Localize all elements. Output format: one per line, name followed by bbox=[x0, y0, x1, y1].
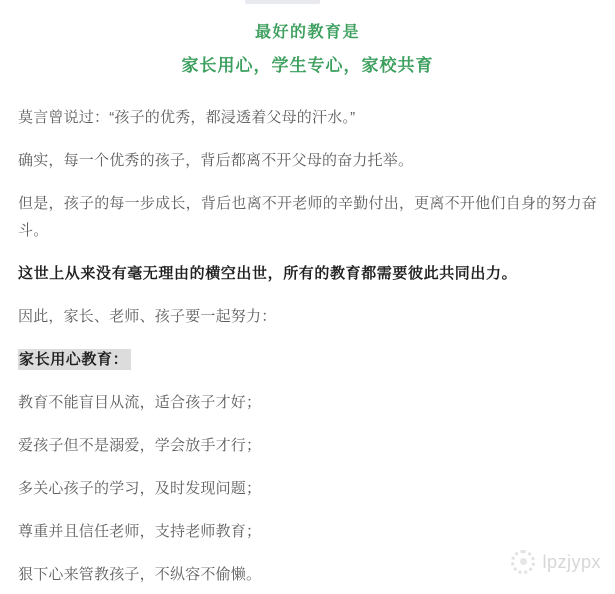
paragraph-text: 狠下心来管教孩子，不纵容不偷懒。 bbox=[18, 566, 261, 583]
article-page: 最好的教育是 家长用心，学生专心，家校共育 莫言曾说过：“孩子的优秀，都浸透着父… bbox=[0, 0, 615, 588]
paragraph: 但是，孩子的每一步成长，背后也离不开老师的辛勤付出，更离不开他们自身的努力奋斗。 bbox=[18, 190, 597, 244]
section-heading: 家长用心教育： bbox=[18, 346, 597, 373]
paragraph: 多关心孩子的学习，及时发现问题； bbox=[18, 475, 597, 502]
paragraph-text: 莫言曾说过：“孩子的优秀，都浸透着父母的汗水。” bbox=[18, 109, 355, 126]
paragraph: 莫言曾说过：“孩子的优秀，都浸透着父母的汗水。” bbox=[18, 104, 597, 131]
logo-icon bbox=[511, 550, 535, 574]
paragraph: 尊重并且信任老师，支持老师教育； bbox=[18, 518, 597, 545]
paragraph-text: 尊重并且信任老师，支持老师教育； bbox=[18, 523, 261, 540]
watermark-text: lpzjypx bbox=[542, 552, 601, 573]
paragraph: 教育不能盲目从流，适合孩子才好； bbox=[18, 389, 597, 416]
paragraph: 这世上从来没有毫无理由的横空出世，所有的教育都需要彼此共同出力。 bbox=[18, 260, 597, 287]
paragraph: 因此，家长、老师、孩子要一起努力： bbox=[18, 303, 597, 330]
paragraph: 爱孩子但不是溺爱，学会放手才行； bbox=[18, 432, 597, 459]
paragraph-text: 这世上从来没有毫无理由的横空出世，所有的教育都需要彼此共同出力。 bbox=[18, 265, 517, 282]
paragraph-text: 但是，孩子的每一步成长，背后也离不开老师的辛勤付出，更离不开他们自身的努力奋斗。 bbox=[18, 195, 597, 239]
paragraph-text: 教育不能盲目从流，适合孩子才好； bbox=[18, 394, 261, 411]
paragraph: 狠下心来管教孩子，不纵容不偷懒。 bbox=[18, 561, 597, 588]
paragraph-text: 确实，每一个优秀的孩子，背后都离不开父母的奋力托举。 bbox=[18, 152, 413, 169]
watermark: lpzjypx bbox=[511, 550, 601, 574]
paragraph-text: 家长用心教育： bbox=[18, 349, 131, 370]
article-subtitle: 家长用心，学生专心，家校共育 bbox=[18, 54, 597, 78]
paragraph-text: 爱孩子但不是溺爱，学会放手才行； bbox=[18, 437, 261, 454]
paragraph: 确实，每一个优秀的孩子，背后都离不开父母的奋力托举。 bbox=[18, 147, 597, 174]
article-body: 莫言曾说过：“孩子的优秀，都浸透着父母的汗水。”确实，每一个优秀的孩子，背后都离… bbox=[18, 104, 597, 588]
article-title: 最好的教育是 bbox=[18, 22, 597, 44]
paragraph-text: 多关心孩子的学习，及时发现问题； bbox=[18, 480, 261, 497]
paragraph-text: 因此，家长、老师、孩子要一起努力： bbox=[18, 308, 276, 325]
top-image-remnant bbox=[245, 0, 320, 4]
